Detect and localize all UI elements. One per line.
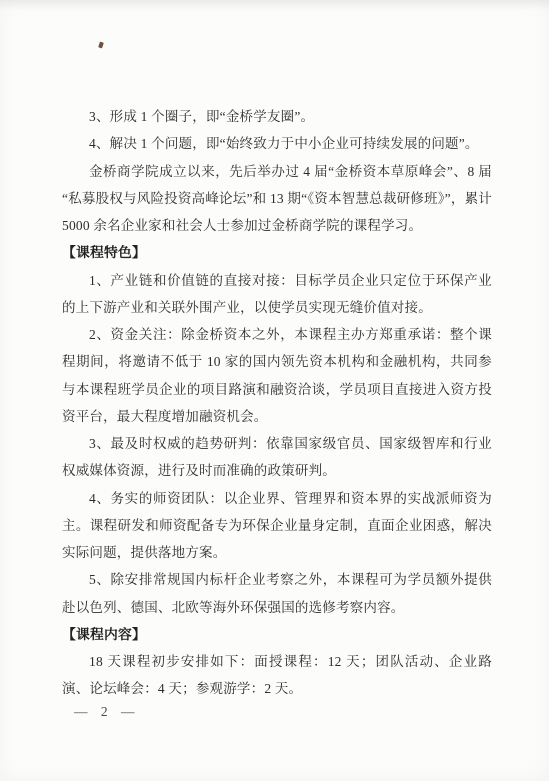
list-point-4: 4、解决 1 个问题，即“始终致力于中小企业可持续发展的问题”。 — [62, 130, 492, 157]
course-schedule-paragraph: 18 天课程初步安排如下：面授课程：12 天；团队活动、企业路演、论坛峰会：4 … — [62, 648, 492, 703]
section-heading-course-features: 【课程特色】 — [62, 239, 492, 266]
feature-item-3: 3、最及时权威的趋势研判：依靠国家级官员、国家级智库和行业权威媒体资源，进行及时… — [62, 430, 492, 485]
feature-item-5: 5、除安排常规国内标杆企业考察之外，本课程可为学员额外提供赴以色列、德国、北欧等… — [62, 566, 492, 621]
feature-item-1: 1、产业链和价值链的直接对接：目标学员企业只定位于环保产业的上下游产业和关联外围… — [62, 267, 492, 322]
page-number: — 2 — — [74, 702, 136, 722]
scan-speck-artifact — [98, 41, 104, 48]
document-body: 3、形成 1 个圈子，即“金桥学友圈”。 4、解决 1 个问题，即“始终致力于中… — [62, 103, 492, 703]
intro-paragraph: 金桥商学院成立以来，先后举办过 4 届“金桥资本草原峰会”、8 届“私募股权与风… — [62, 158, 492, 240]
scanned-document-page: 3、形成 1 个圈子，即“金桥学友圈”。 4、解决 1 个问题，即“始终致力于中… — [0, 0, 549, 781]
section-heading-course-content: 【课程内容】 — [62, 621, 492, 648]
scan-edge-shading — [0, 0, 549, 10]
list-point-3: 3、形成 1 个圈子，即“金桥学友圈”。 — [62, 103, 492, 130]
feature-item-4: 4、务实的师资团队：以企业界、管理界和资本界的实战派师资为主。课程研发和师资配备… — [62, 485, 492, 567]
feature-item-2: 2、资金关注：除金桥资本之外，本课程主办方郑重承诺：整个课程期间，将邀请不低于 … — [62, 321, 492, 430]
